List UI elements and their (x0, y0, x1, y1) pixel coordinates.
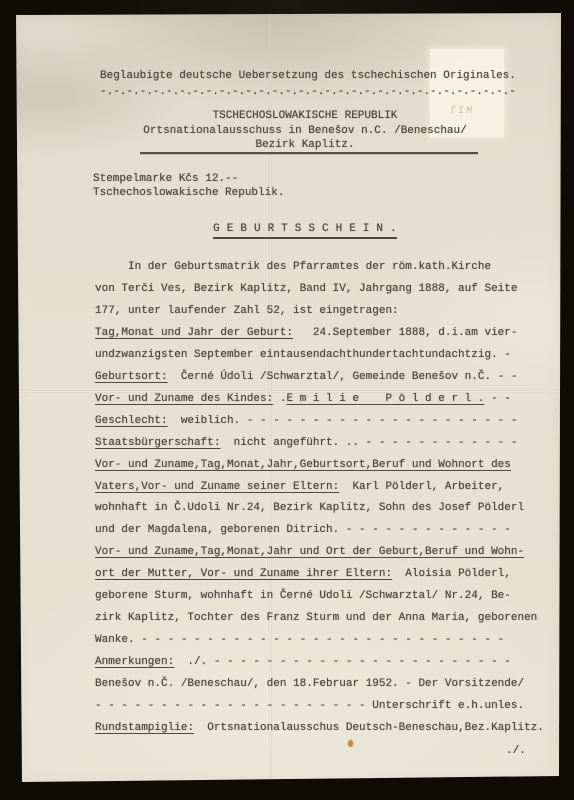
doc-line: Ortsnationalausschuss in Benešov n.C. /B… (85, 124, 525, 138)
text-segment: Ortsnationalausschuss in Benešov n.C. /B… (143, 125, 466, 137)
underlined-text: E m i l i e P ö l d e r l . (286, 393, 484, 405)
doc-line: Tag,Monat und Jahr der Geburt: 24.Septem… (95, 326, 517, 340)
doc-line: zirk Kaplitz, Tochter des Franz Sturm un… (95, 611, 537, 625)
underlined-text: Anmerkungen: (95, 656, 174, 668)
doc-line: undzwanzigsten September eintausendachth… (95, 348, 511, 362)
text-segment: Benešov n.Č. /Beneschau/, den 18.Februar… (95, 678, 524, 690)
doc-line: Geschlecht: weiblich. - - - - - - - - - … (95, 414, 517, 428)
doc-line: Vor- und Zuname,Tag,Monat,Jahr und Ort d… (95, 545, 524, 559)
text-segment: Černé Údoli /Schwarztal/, Gemeinde Beneš… (168, 371, 518, 383)
text-segment: nicht angeführt. .. - - - - - - - - - - … (220, 437, 517, 449)
text-segment: undzwanzigsten September eintausendachth… (95, 349, 511, 361)
text-layer: Beglaubigte deutsche Uebersetzung des ts… (0, 0, 574, 800)
text-segment: -.-.-.-.-.-.-.-.-.-.-.-.-.-.-.-.-.-.-.-.… (100, 86, 516, 98)
underlined-text: Tag,Monat und Jahr der Geburt: (95, 327, 293, 339)
doc-line: TSCHECHOSLOWAKISCHE REPUBLIK (85, 109, 525, 123)
doc-line: ort der Mutter, Vor- und Zuname ihrer El… (95, 567, 511, 581)
doc-line: Tschechoslowakische Republik. (93, 186, 284, 200)
text-segment: zirk Kaplitz, Tochter des Franz Sturm un… (95, 612, 537, 624)
doc-line: wohnhaft in Č.Udoli Nr.24, Bezirk Kaplit… (95, 501, 524, 515)
underlined-text: Vor- und Zuname,Tag,Monat,Jahr,Geburtsor… (95, 459, 511, 471)
underlined-text: Vaters,Vor- und Zuname seiner Eltern: (95, 481, 339, 493)
doc-line: - - - - - - - - - - - - - - - - - - - - … (95, 699, 524, 713)
text-segment: - - (484, 393, 510, 405)
text-segment: weiblich. - - - - - - - - - - - - - - - … (168, 415, 518, 427)
doc-line: und der Magdalena, geborenen Ditrich. - … (95, 523, 511, 537)
text-segment: - - - - - - - - - - - - - - - - - - - - … (95, 700, 524, 712)
text-segment: Aloisia Pölderl, (392, 568, 511, 580)
doc-line: 177, unter laufender Zahl 52, ist einget… (95, 304, 399, 318)
text-segment: Karl Pölderl, Arbeiter, (339, 481, 504, 493)
text-segment: Stempelmarke Kčs 12.-- (93, 173, 238, 185)
text-segment: Wanke. - - - - - - - - - - - - - - - - -… (95, 634, 504, 646)
text-segment: TSCHECHOSLOWAKISCHE REPUBLIK (213, 110, 398, 122)
doc-line: Benešov n.Č. /Beneschau/, den 18.Februar… (95, 677, 524, 691)
underlined-text: Geschlecht: (95, 415, 168, 427)
doc-line: G E B U R T S S C H E I N . (85, 222, 525, 236)
text-segment: geborene Sturm, wohnhaft in Černé Udoli … (95, 590, 511, 602)
text-segment: wohnhaft in Č.Udoli Nr.24, Bezirk Kaplit… (95, 502, 524, 514)
doc-line: geborene Sturm, wohnhaft in Černé Udoli … (95, 589, 511, 603)
doc-line: Beglaubigte deutsche Uebersetzung des ts… (100, 69, 516, 83)
doc-line: Stempelmarke Kčs 12.-- (93, 172, 238, 186)
doc-line: ./. (506, 744, 526, 758)
doc-line: Vor- und Zuname,Tag,Monat,Jahr,Geburtsor… (95, 458, 511, 472)
text-segment: und der Magdalena, geborenen Ditrich. - … (95, 524, 511, 536)
doc-line: Rundstampiglie: Ortsnationalausschus Deu… (95, 721, 544, 735)
underlined-text: ort der Mutter, Vor- und Zuname ihrer El… (95, 568, 392, 580)
underlined-text: Vor- und Zuname des Kindes: (95, 393, 273, 405)
underlined-text: Rundstampiglie: (95, 722, 194, 734)
underlined-text: Vor- und Zuname,Tag,Monat,Jahr und Ort d… (95, 546, 524, 558)
text-segment: ./. (506, 745, 526, 757)
doc-line: von Terči Ves, Bezirk Kaplitz, Band IV, … (95, 282, 517, 296)
text-segment: Bezirk Kaplitz. (255, 139, 354, 151)
doc-line: Anmerkungen: ./. - - - - - - - - - - - -… (95, 655, 511, 669)
doc-line: Staatsbürgerschaft: nicht angeführt. .. … (95, 436, 517, 450)
scanned-paper: fIM Beglaubigte deutsche Uebersetzung de… (0, 0, 574, 800)
doc-line: Wanke. - - - - - - - - - - - - - - - - -… (95, 633, 504, 647)
text-segment: Ortsnationalausschus Deutsch-Beneschau,B… (194, 722, 544, 734)
text-segment: ./. - - - - - - - - - - - - - - - - - - … (174, 656, 511, 668)
text-segment: von Terči Ves, Bezirk Kaplitz, Band IV, … (95, 283, 517, 295)
doc-line: -.-.-.-.-.-.-.-.-.-.-.-.-.-.-.-.-.-.-.-.… (100, 85, 516, 99)
text-segment: Beglaubigte deutsche Uebersetzung des ts… (100, 70, 516, 82)
text-segment: . (273, 393, 286, 405)
text-segment: In der Geburtsmatrik des Pfarramtes der … (95, 261, 491, 273)
underlined-text: Geburtsort: (95, 371, 168, 383)
doc-line: Vaters,Vor- und Zuname seiner Eltern: Ka… (95, 480, 504, 494)
text-segment: 177, unter laufender Zahl 52, ist einget… (95, 305, 399, 317)
doc-line: Bezirk Kaplitz. (85, 138, 525, 152)
underlined-text: Staatsbürgerschaft: (95, 437, 220, 449)
text-segment: 24.September 1888, d.i.am vier- (293, 327, 517, 339)
doc-line: Vor- und Zuname des Kindes: .E m i l i e… (95, 392, 511, 406)
underlined-text: G E B U R T S S C H E I N . (213, 223, 397, 235)
doc-line: In der Geburtsmatrik des Pfarramtes der … (95, 260, 491, 274)
doc-line: Geburtsort: Černé Údoli /Schwarztal/, Ge… (95, 370, 517, 384)
text-segment: Tschechoslowakische Republik. (93, 187, 284, 199)
